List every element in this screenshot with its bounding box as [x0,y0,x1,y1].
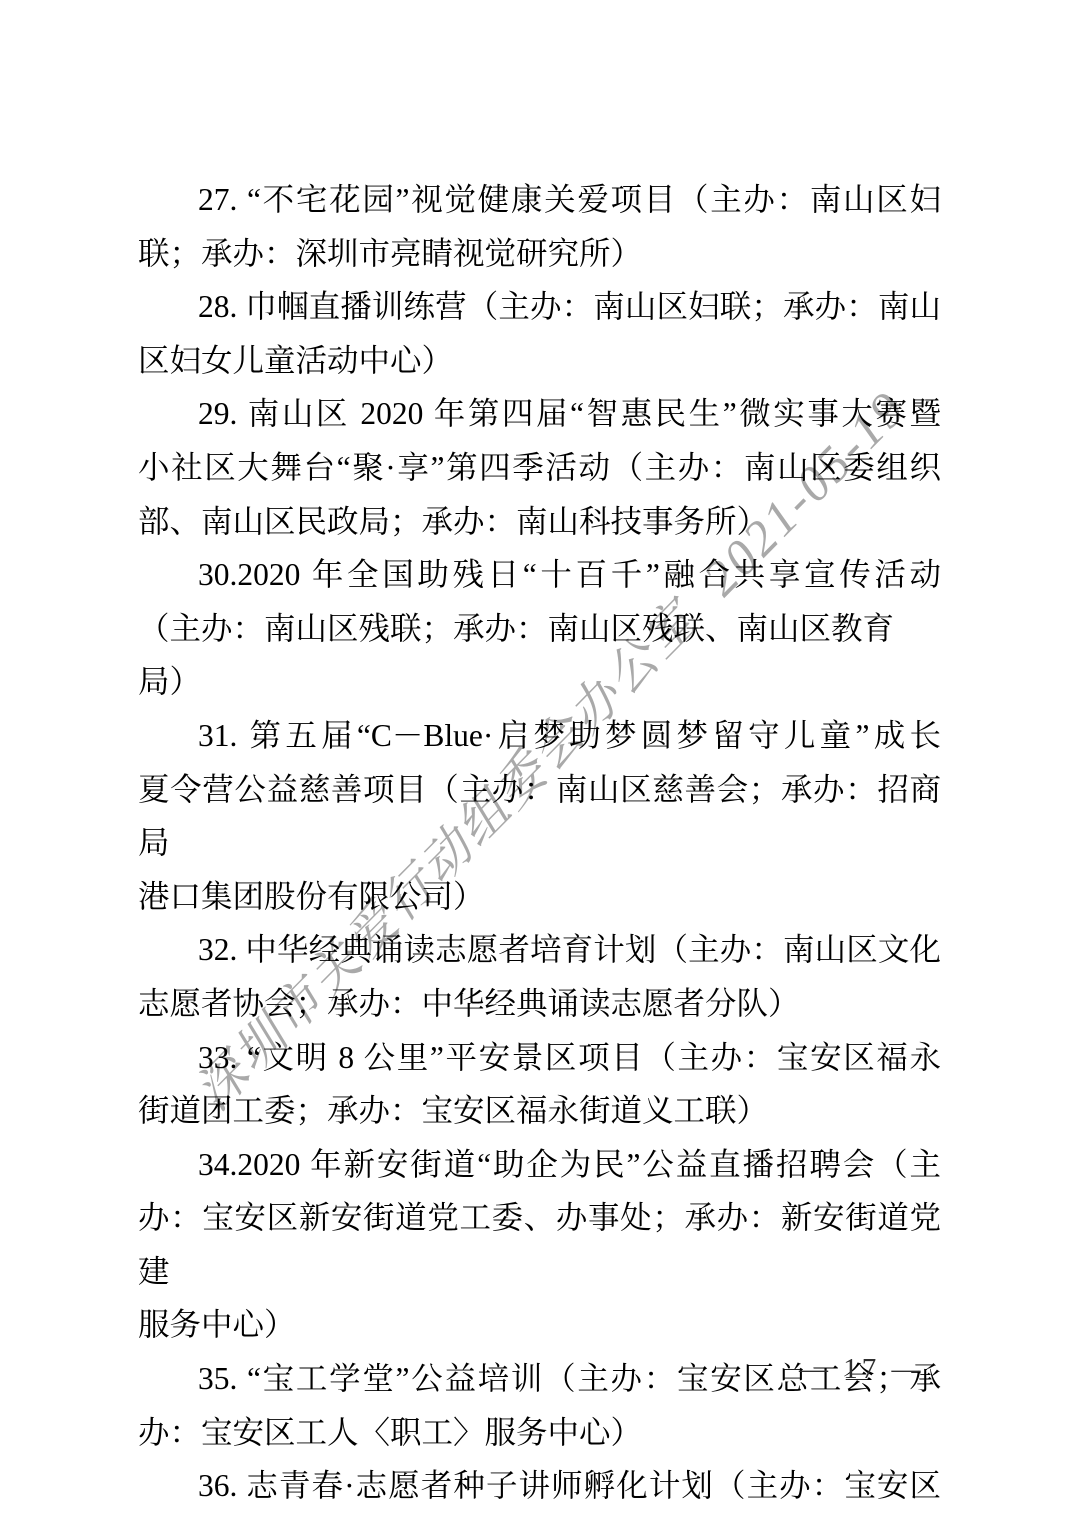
text-line: 服务中心） [138,1298,941,1352]
text-line: 30.2020 年全国助残日“十百千”融合共享宣传活动 [138,548,941,602]
document-page: 深圳市关爱行动组委会办公室 2021-05-19 27. “不宅花园”视觉健康关… [0,0,1080,1527]
text-line: 志愿者协会；承办：中华经典诵读志愿者分队） [138,977,941,1031]
text-line: 27. “不宅花园”视觉健康关爱项目（主办：南山区妇 [138,173,941,227]
text-line: 办：宝安区新安街道党工委、办事处；承办：新安街道党建 [138,1191,941,1298]
text-line: 港口集团股份有限公司） [138,870,941,924]
text-line: 办：宝安区工人〈职工〉服务中心） [138,1406,941,1460]
text-line: 28. 巾帼直播训练营（主办：南山区妇联；承办：南山 [138,280,941,334]
text-line: 小社区大舞台“聚·享”第四季活动（主办：南山区委组织 [138,441,941,495]
text-line: 部、南山区民政局；承办：南山科技事务所） [138,495,941,549]
text-line: 33. “文明 8 公里”平安景区项目（主办：宝安区福永 [138,1031,941,1085]
text-line: 34.2020 年新安街道“助企为民”公益直播招聘会（主 [138,1138,941,1192]
page-number: — 17 — [799,1353,925,1386]
text-line: 夏令营公益慈善项目（主办：南山区慈善会；承办：招商局 [138,763,941,870]
text-line: 29. 南山区 2020 年第四届“智惠民生”微实事大赛暨 [138,387,941,441]
text-line: 街道团工委；承办：宝安区福永街道义工联） [138,1084,941,1138]
text-line: 36. 志青春·志愿者种子讲师孵化计划（主办：宝安区 [138,1459,941,1513]
text-line: 32. 中华经典诵读志愿者培育计划（主办：南山区文化 [138,923,941,977]
text-line: 联；承办：深圳市亮睛视觉研究所） [138,227,941,281]
text-line: 区妇女儿童活动中心） [138,334,941,388]
document-body: 27. “不宅花园”视觉健康关爱项目（主办：南山区妇联；承办：深圳市亮睛视觉研究… [138,173,941,1513]
text-line: （主办：南山区残联；承办：南山区残联、南山区教育局） [138,602,941,709]
text-line: 31. 第五届“C－Blue·启梦助梦圆梦留守儿童”成长 [138,709,941,763]
